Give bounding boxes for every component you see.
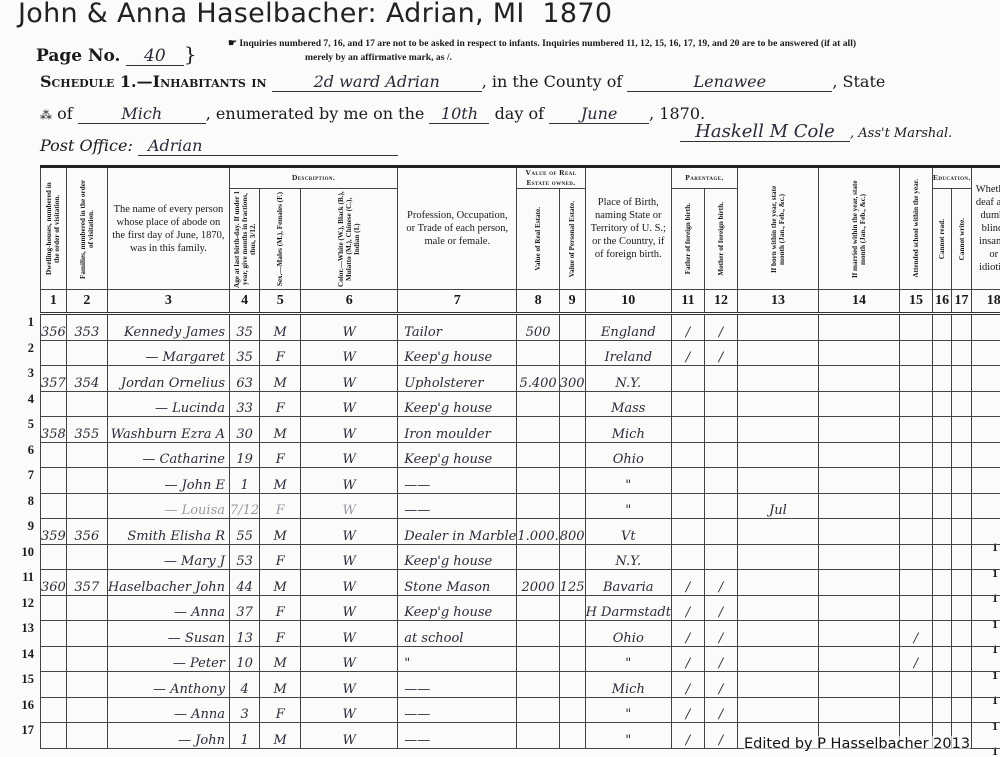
cell-color: W xyxy=(301,391,398,417)
header-born-month: If born within the year, state month (Ja… xyxy=(737,167,818,290)
cell-afflicted xyxy=(971,646,1000,672)
cell-born-month xyxy=(737,519,818,545)
cell-name: Haselbacher John xyxy=(107,570,229,596)
column-number: 10 xyxy=(585,290,671,314)
enumerated-label: , enumerated by me on the xyxy=(206,104,425,123)
cell-dwelling: 356 xyxy=(41,314,67,341)
cell-married-month xyxy=(818,570,899,596)
cell-dwelling xyxy=(41,340,67,366)
cell-married-month xyxy=(818,442,899,468)
cell-married-month xyxy=(818,468,899,494)
cell-real-estate xyxy=(517,493,559,519)
cell-name: Kennedy James xyxy=(107,314,229,341)
cell-afflicted xyxy=(971,621,1000,647)
cell-sex: M xyxy=(260,468,301,494)
cell-mother-foreign xyxy=(704,493,737,519)
cell-real-estate xyxy=(517,646,559,672)
cell-name: — Anthony xyxy=(107,672,229,698)
cell-afflicted xyxy=(971,493,1000,519)
cell-born-month xyxy=(737,442,818,468)
cell-birthplace: " xyxy=(585,468,671,494)
cell-age: 13 xyxy=(230,621,260,647)
cell-cannot-write xyxy=(952,672,971,698)
header-attended-school: Attended school within the year. xyxy=(899,167,932,290)
cell-cannot-read xyxy=(932,646,951,672)
header-mother-foreign: Mother of foreign birth. xyxy=(704,189,737,290)
cell-born-month: Jul xyxy=(737,493,818,519)
cell-mother-foreign xyxy=(704,366,737,392)
cell-birthplace: England xyxy=(585,314,671,341)
cell-married-month xyxy=(818,519,899,545)
cell-born-month xyxy=(737,366,818,392)
column-number: 5 xyxy=(260,290,301,314)
state-label: , State xyxy=(832,72,885,91)
cell-family xyxy=(66,442,107,468)
cell-family xyxy=(66,391,107,417)
header-group-parentage: Parentage. xyxy=(671,167,737,189)
column-number: 8 xyxy=(517,290,559,314)
cell-occupation: at school xyxy=(398,621,517,647)
cell-cannot-write xyxy=(952,697,971,723)
cell-dwelling: 360 xyxy=(41,570,67,596)
cell-born-month xyxy=(737,391,818,417)
cell-mother-foreign: / xyxy=(704,672,737,698)
cell-married-month xyxy=(818,314,899,341)
column-number: 2 xyxy=(66,290,107,314)
cell-name: — John E xyxy=(107,468,229,494)
cell-personal-estate xyxy=(559,723,585,749)
cell-occupation: Keep'g house xyxy=(398,391,517,417)
cell-sex: F xyxy=(260,697,301,723)
enumeration-line: ⁂ of Mich, enumerated by me on the 10th … xyxy=(40,104,705,124)
cell-dwelling: 359 xyxy=(41,519,67,545)
cell-occupation: Stone Mason xyxy=(398,570,517,596)
cell-personal-estate xyxy=(559,417,585,443)
cell-mother-foreign: / xyxy=(704,646,737,672)
cell-cannot-write xyxy=(952,468,971,494)
table-row: — Lucinda33FWKeep'g houseMass xyxy=(41,391,1000,417)
cell-cannot-read xyxy=(932,570,951,596)
page-number-label: Page No. xyxy=(36,46,120,66)
cell-sex: M xyxy=(260,366,301,392)
cell-name: — John xyxy=(107,723,229,749)
cell-personal-estate: 800 xyxy=(559,519,585,545)
cell-name: — Catharine xyxy=(107,442,229,468)
cell-school xyxy=(899,493,932,519)
header-married-month: If married within the year, state month … xyxy=(818,167,899,290)
header-occupation: Profession, Occupation, or Trade of each… xyxy=(398,167,517,290)
cell-born-month xyxy=(737,595,818,621)
cell-cannot-write xyxy=(952,646,971,672)
cell-family xyxy=(66,723,107,749)
cell-occupation: —— xyxy=(398,723,517,749)
cell-name: — Susan xyxy=(107,621,229,647)
cell-cannot-read xyxy=(932,493,951,519)
cell-school: / xyxy=(899,646,932,672)
cell-father-foreign xyxy=(671,366,704,392)
column-number: 15 xyxy=(899,290,932,314)
cell-father-foreign: / xyxy=(671,723,704,749)
cell-dwelling xyxy=(41,468,67,494)
cell-name: Washburn Ezra A xyxy=(107,417,229,443)
cell-mother-foreign xyxy=(704,468,737,494)
cell-family xyxy=(66,672,107,698)
cell-cannot-read xyxy=(932,672,951,698)
cell-dwelling xyxy=(41,391,67,417)
cell-school xyxy=(899,442,932,468)
cell-personal-estate: 300 xyxy=(559,366,585,392)
table-row: — Anthony4MW——Mich// xyxy=(41,672,1000,698)
cell-birthplace: Mass xyxy=(585,391,671,417)
header-family: Families, numbered in the order of visit… xyxy=(66,167,107,290)
cell-born-month xyxy=(737,314,818,341)
cell-name: — Louisa xyxy=(107,493,229,519)
cell-personal-estate xyxy=(559,697,585,723)
line-number: 10 xyxy=(0,540,38,566)
cell-afflicted xyxy=(971,697,1000,723)
cell-father-foreign: / xyxy=(671,340,704,366)
cell-dwelling xyxy=(41,621,67,647)
cell-personal-estate xyxy=(559,442,585,468)
column-number: 14 xyxy=(818,290,899,314)
cell-occupation: —— xyxy=(398,672,517,698)
cell-color: W xyxy=(301,544,398,570)
table-row: — Anna3FW——"// xyxy=(41,697,1000,723)
cell-name: — Margaret xyxy=(107,340,229,366)
cell-sex: F xyxy=(260,493,301,519)
post-office-line: Post Office: Adrian xyxy=(40,136,398,156)
of-label: of xyxy=(57,104,73,123)
cell-name: — Anna xyxy=(107,595,229,621)
cell-school xyxy=(899,697,932,723)
marshal-line: Haskell M Cole, Ass't Marshal. xyxy=(680,122,952,142)
column-number: 18 xyxy=(971,290,1000,314)
header-cannot-read: Cannot read. xyxy=(932,189,951,290)
table-row: — Margaret35FWKeep'g houseIreland// xyxy=(41,340,1000,366)
cell-color: W xyxy=(301,570,398,596)
page-number-value: 40 xyxy=(126,47,184,66)
cell-real-estate xyxy=(517,723,559,749)
header-birthplace: Place of Birth, naming State or Territor… xyxy=(585,167,671,290)
cell-afflicted xyxy=(971,544,1000,570)
column-number: 7 xyxy=(398,290,517,314)
column-number: 11 xyxy=(671,290,704,314)
cell-sex: M xyxy=(260,723,301,749)
header-dwelling: Dwelling-houses, numbered in the order o… xyxy=(41,167,67,290)
column-number: 16 xyxy=(932,290,951,314)
line-number: 14 xyxy=(0,642,38,668)
cell-father-foreign: / xyxy=(671,314,704,341)
cell-birthplace: Mich xyxy=(585,417,671,443)
cell-birthplace: N.Y. xyxy=(585,544,671,570)
cell-married-month xyxy=(818,621,899,647)
line-number: 16 xyxy=(0,693,38,719)
month-value: June xyxy=(549,105,649,124)
cell-family xyxy=(66,493,107,519)
cell-afflicted xyxy=(971,417,1000,443)
cell-born-month xyxy=(737,697,818,723)
inquiries-note: ☛ Inquiries numbered 7, 16, and 17 are n… xyxy=(228,38,856,49)
cell-married-month xyxy=(818,391,899,417)
cell-father-foreign: / xyxy=(671,595,704,621)
cell-personal-estate xyxy=(559,646,585,672)
cell-cannot-read xyxy=(932,340,951,366)
header-personal-estate: Value of Personal Estate. xyxy=(559,189,585,290)
cell-school xyxy=(899,672,932,698)
table-row: — Peter10MW""/// xyxy=(41,646,1000,672)
cell-age: 53 xyxy=(230,544,260,570)
cell-afflicted xyxy=(971,672,1000,698)
cell-occupation: —— xyxy=(398,468,517,494)
cell-color: W xyxy=(301,468,398,494)
table-row: 358355Washburn Ezra A30MWIron moulderMic… xyxy=(41,417,1000,443)
cell-born-month xyxy=(737,340,818,366)
cell-name: — Peter xyxy=(107,646,229,672)
line-number: 1 xyxy=(0,310,38,336)
cell-age: 35 xyxy=(230,314,260,341)
cell-cannot-read xyxy=(932,544,951,570)
cell-father-foreign: / xyxy=(671,570,704,596)
header-father-foreign: Father of foreign birth. xyxy=(671,189,704,290)
cell-age: 7/12 xyxy=(230,493,260,519)
line-number: 13 xyxy=(0,616,38,642)
line-number: 8 xyxy=(0,489,38,515)
cell-real-estate xyxy=(517,697,559,723)
cell-cannot-read xyxy=(932,366,951,392)
cell-dwelling xyxy=(41,646,67,672)
cell-sex: F xyxy=(260,442,301,468)
cell-sex: M xyxy=(260,646,301,672)
cell-personal-estate xyxy=(559,340,585,366)
table-row: — Mary J53FWKeep'g houseN.Y. xyxy=(41,544,1000,570)
cell-name: — Lucinda xyxy=(107,391,229,417)
cell-sex: F xyxy=(260,340,301,366)
header-afflicted: Whether deaf and dumb, blind, insane, or… xyxy=(971,167,1000,290)
cell-birthplace: " xyxy=(585,723,671,749)
cell-cannot-write xyxy=(952,314,971,341)
cell-personal-estate xyxy=(559,493,585,519)
cell-cannot-read xyxy=(932,391,951,417)
header-color: Color.—White (W.), Black (B.), Mulatto (… xyxy=(301,189,398,290)
cell-color: W xyxy=(301,519,398,545)
location-value: 2d ward Adrian xyxy=(272,73,482,92)
cell-family xyxy=(66,544,107,570)
cell-father-foreign: / xyxy=(671,697,704,723)
cell-afflicted xyxy=(971,391,1000,417)
cell-occupation: Keep'g house xyxy=(398,544,517,570)
table-row: — Louisa7/12FW——"Jul xyxy=(41,493,1000,519)
header-name: The name of every person whose place of … xyxy=(107,167,229,290)
cell-real-estate xyxy=(517,340,559,366)
page-number-line: Page No. 40} xyxy=(36,42,197,66)
cell-father-foreign xyxy=(671,493,704,519)
line-number: 7 xyxy=(0,463,38,489)
cell-family xyxy=(66,595,107,621)
cell-personal-estate xyxy=(559,468,585,494)
cell-personal-estate xyxy=(559,621,585,647)
header-group-education: Education. xyxy=(932,167,971,189)
table-row: 359356Smith Elisha R55MWDealer in Marble… xyxy=(41,519,1000,545)
cell-cannot-write xyxy=(952,621,971,647)
table-row: 357354Jordan Ornelius63MWUpholsterer5.40… xyxy=(41,366,1000,392)
cell-dwelling: 358 xyxy=(41,417,67,443)
cell-sex: M xyxy=(260,672,301,698)
cell-color: W xyxy=(301,646,398,672)
cell-personal-estate xyxy=(559,672,585,698)
cell-real-estate xyxy=(517,672,559,698)
cell-father-foreign xyxy=(671,417,704,443)
cell-cannot-write xyxy=(952,544,971,570)
cell-birthplace: " xyxy=(585,493,671,519)
cell-age: 4 xyxy=(230,672,260,698)
cell-mother-foreign: / xyxy=(704,723,737,749)
marshal-label: , Ass't Marshal. xyxy=(850,126,952,141)
credit-watermark: Edited by P Hasselbacher 2013 xyxy=(744,736,970,752)
column-number: 4 xyxy=(230,290,260,314)
cell-afflicted xyxy=(971,366,1000,392)
cell-school xyxy=(899,366,932,392)
cell-family xyxy=(66,697,107,723)
cell-real-estate: 1.000. xyxy=(517,519,559,545)
day-value: 10th xyxy=(429,105,489,124)
cell-age: 55 xyxy=(230,519,260,545)
cell-real-estate xyxy=(517,417,559,443)
cell-afflicted xyxy=(971,595,1000,621)
cell-color: W xyxy=(301,595,398,621)
cell-cannot-read xyxy=(932,468,951,494)
cell-sex: M xyxy=(260,519,301,545)
cell-cannot-read xyxy=(932,314,951,341)
cell-age: 37 xyxy=(230,595,260,621)
cell-name: — Mary J xyxy=(107,544,229,570)
column-number-row: 1234567891011121314151617181920 xyxy=(41,290,1000,314)
inquiries-note-line2: merely by an affirmative mark, as /. xyxy=(305,52,452,63)
cell-age: 63 xyxy=(230,366,260,392)
cell-afflicted xyxy=(971,519,1000,545)
cell-married-month xyxy=(818,595,899,621)
cell-cannot-write xyxy=(952,570,971,596)
cell-mother-foreign xyxy=(704,417,737,443)
cell-born-month xyxy=(737,417,818,443)
column-number: 12 xyxy=(704,290,737,314)
cell-real-estate xyxy=(517,442,559,468)
cell-birthplace: Ireland xyxy=(585,340,671,366)
header-age: Age at last birth-day. If under 1 year, … xyxy=(230,189,260,290)
cell-father-foreign: / xyxy=(671,672,704,698)
cell-born-month xyxy=(737,570,818,596)
cell-cannot-write xyxy=(952,366,971,392)
line-number: 6 xyxy=(0,438,38,464)
decorative-mark-icon: ⁂ xyxy=(40,108,52,122)
line-number: 17 xyxy=(0,718,38,744)
cell-school xyxy=(899,544,932,570)
line-number: 9 xyxy=(0,514,38,540)
cell-birthplace: Vt xyxy=(585,519,671,545)
county-value: Lenawee xyxy=(627,73,832,92)
cell-school: / xyxy=(899,621,932,647)
cell-married-month xyxy=(818,672,899,698)
cell-cannot-write xyxy=(952,417,971,443)
cell-real-estate: 5.400 xyxy=(517,366,559,392)
cell-personal-estate xyxy=(559,595,585,621)
marshal-signature: Haskell M Cole xyxy=(680,123,850,142)
cell-cannot-write xyxy=(952,519,971,545)
cell-cannot-write xyxy=(952,442,971,468)
cell-school xyxy=(899,340,932,366)
line-number: 2 xyxy=(0,336,38,362)
cell-name: Smith Elisha R xyxy=(107,519,229,545)
column-number: 17 xyxy=(952,290,971,314)
cell-sex: F xyxy=(260,391,301,417)
cell-color: W xyxy=(301,723,398,749)
schedule-label: Schedule 1.—Inhabitants in xyxy=(40,72,267,91)
cell-mother-foreign xyxy=(704,519,737,545)
cell-born-month xyxy=(737,468,818,494)
line-number: 3 xyxy=(0,361,38,387)
cell-real-estate: 500 xyxy=(517,314,559,341)
cell-mother-foreign: / xyxy=(704,570,737,596)
cell-personal-estate xyxy=(559,391,585,417)
cell-birthplace: Bavaria xyxy=(585,570,671,596)
cell-occupation: Keep'g house xyxy=(398,442,517,468)
cell-occupation: Tailor xyxy=(398,314,517,341)
cell-dwelling xyxy=(41,697,67,723)
cell-afflicted xyxy=(971,468,1000,494)
cell-cannot-read xyxy=(932,442,951,468)
cell-mother-foreign: / xyxy=(704,340,737,366)
cell-dwelling xyxy=(41,544,67,570)
cell-color: W xyxy=(301,417,398,443)
cell-dwelling xyxy=(41,723,67,749)
cell-color: W xyxy=(301,442,398,468)
cell-family xyxy=(66,621,107,647)
cell-age: 30 xyxy=(230,417,260,443)
cell-birthplace: Ohio xyxy=(585,621,671,647)
cell-cannot-write xyxy=(952,493,971,519)
cell-father-foreign xyxy=(671,544,704,570)
cell-age: 1 xyxy=(230,468,260,494)
post-office-value: Adrian xyxy=(138,137,398,156)
cell-real-estate xyxy=(517,621,559,647)
cell-color: W xyxy=(301,340,398,366)
cell-cannot-read xyxy=(932,417,951,443)
line-number: 15 xyxy=(0,667,38,693)
cell-school xyxy=(899,314,932,341)
census-table: Dwelling-houses, numbered in the order o… xyxy=(40,165,1000,749)
cell-occupation: " xyxy=(398,646,517,672)
cell-cannot-read xyxy=(932,621,951,647)
cell-school xyxy=(899,595,932,621)
cell-afflicted xyxy=(971,442,1000,468)
cell-born-month xyxy=(737,672,818,698)
cell-birthplace: N.Y. xyxy=(585,366,671,392)
cell-afflicted xyxy=(971,723,1000,749)
cell-married-month xyxy=(818,544,899,570)
cell-married-month xyxy=(818,493,899,519)
line-number: 12 xyxy=(0,591,38,617)
table-row: — John E1MW——" xyxy=(41,468,1000,494)
cell-father-foreign xyxy=(671,519,704,545)
cell-father-foreign xyxy=(671,468,704,494)
cell-color: W xyxy=(301,697,398,723)
cell-color: W xyxy=(301,672,398,698)
cell-real-estate xyxy=(517,391,559,417)
cell-mother-foreign xyxy=(704,391,737,417)
schedule-line: Schedule 1.—Inhabitants in 2d ward Adria… xyxy=(40,72,885,92)
cell-birthplace: H Darmstadt xyxy=(585,595,671,621)
cell-father-foreign: / xyxy=(671,646,704,672)
cell-sex: F xyxy=(260,595,301,621)
